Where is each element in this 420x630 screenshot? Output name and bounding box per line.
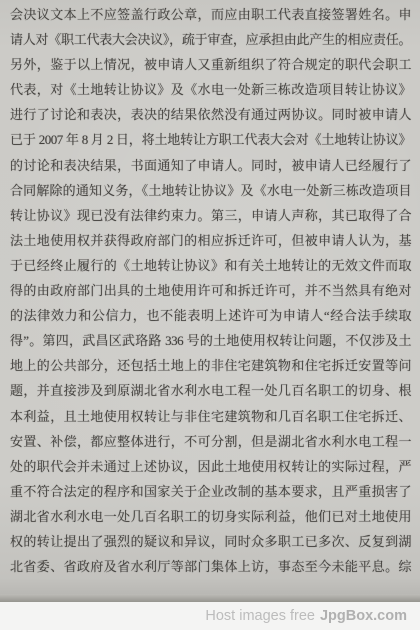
document-text-line: 会决议文本上不应签盖行政公章，而应由职工代表直接签署姓名。申 (10, 2, 411, 27)
document-text-line: 进行了讨论和表决，表决的结果依然没有通过两协议。同时被申请人 (10, 102, 411, 127)
watermark-text: Host images free (205, 608, 315, 624)
document-text-line: 安置、补偿，都应整体进行，不可分割，但是湖北省水利水电工程一 (10, 429, 411, 454)
document-text-line: 的法律效力和公信力，也不能表明上述许可为申请人“经合法手续取 (10, 303, 411, 328)
document-text-line: 法土地使用权并获得政府部门的相应拆迁许可，但被申请人认为，基 (10, 228, 411, 253)
document-text-line: 已于 2007 年 8 月 2 日，将土地转让方职工代表大会对《土地转让协议》 (10, 127, 411, 152)
document-text-line: 转让协议》现已没有法律约束力。第三，申请人声称，其已取得了合 (10, 203, 411, 228)
watermark-bar: Host images free JpgBox.com (0, 602, 420, 630)
scan-edge-shadow (0, 594, 420, 602)
document-text-line: 的讨论和表决结果，书面通知了申请人。同时，被申请人已经履行了 (10, 153, 411, 178)
watermark-brand: JpgBox.com (320, 608, 407, 624)
document-text-line: 得”。第四，武昌区武珞路 336 号的土地使用权转让问题，不仅涉及土 (10, 328, 411, 353)
document-text-line: 得的由政府部门出具的土地使用许可和拆迁许可，并不当然具有绝对 (10, 278, 411, 303)
document-text-line: 于已经终止履行的《土地转让协议》和有关土地转让的无效文件而取 (10, 253, 411, 278)
document-text-line: 本利益，且土地使用权转让与非住宅建筑物和几百名职工住宅拆迁、 (10, 404, 411, 429)
scanned-document-page: 会决议文本上不应签盖行政公章，而应由职工代表直接签署姓名。申请人对《职工代表大会… (0, 0, 420, 630)
document-text-line: 湖北省水利水电一处几百名职工的切身实际利益，他们已对土地使用 (10, 504, 411, 529)
document-text: 会决议文本上不应签盖行政公章，而应由职工代表直接签署姓名。申请人对《职工代表大会… (10, 2, 411, 579)
document-text-line: 权的转让提出了强烈的疑议和异议，同时众多职工已多次、反复到湖 (10, 529, 411, 554)
document-text-line: 请人对《职工代表大会决议》，疏于审查，应承担由此产生的相应责任。 (10, 27, 411, 52)
document-text-line: 处的职代会并未通过上述协议，因此土地使用权转让的实际过程，严 (10, 454, 411, 479)
document-text-line: 另外，鉴于以上情况，被申请人又重新组织了符合规定的职代会职工 (10, 52, 411, 77)
document-text-line: 北省委、省政府及省水利厅等部门集体上访，事态至今未能平息。综 (10, 554, 411, 579)
document-text-line: 地上的公共部分，还包括土地上的非住宅建筑物和住宅拆迁安置等问 (10, 353, 411, 378)
document-text-line: 代表，对《土地转让协议》及《水电一处新三栋改造项目转让协议》 (10, 77, 411, 102)
document-text-line: 题，并直接涉及到原湖北省水利水电工程一处几百名职工的切身、根 (10, 378, 411, 403)
document-text-line: 重不符合法定的程序和国家关于企业改制的基本要求，且严重损害了 (10, 479, 411, 504)
document-text-line: 合同解除的通知义务，《土地转让协议》及《水电一处新三栋改造项目 (10, 178, 411, 203)
